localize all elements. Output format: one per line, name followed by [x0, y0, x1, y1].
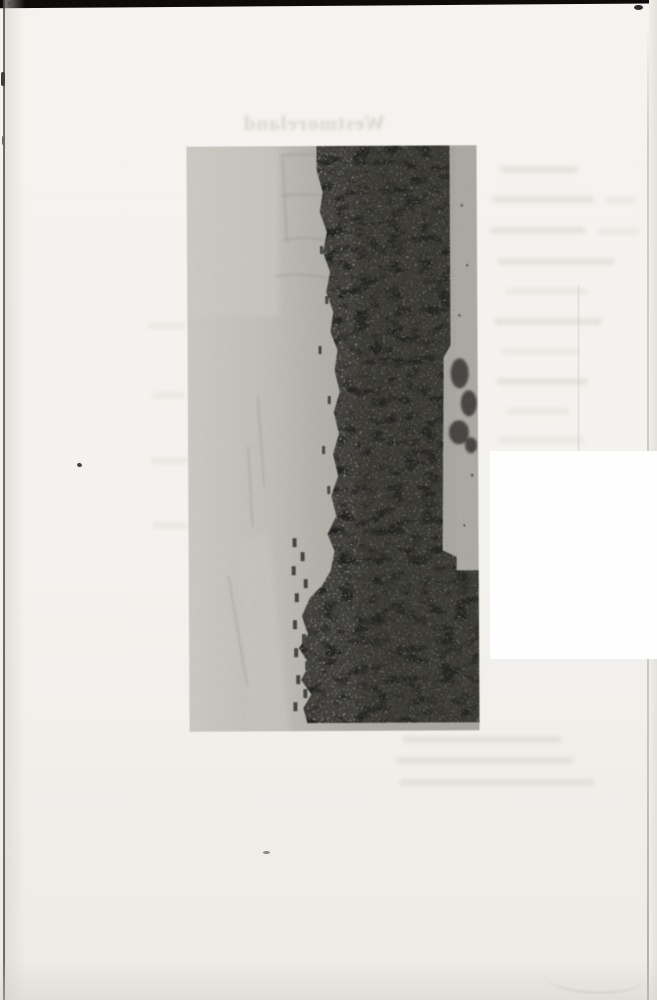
bleedthrough-line — [490, 227, 586, 234]
edge-nick — [1, 72, 5, 86]
ink-speck — [263, 851, 270, 854]
bleedthrough-line — [505, 288, 589, 295]
bleedthrough-line — [150, 457, 190, 464]
bleedthrough-rule — [578, 286, 579, 456]
bleedthrough-line — [148, 322, 186, 329]
bleedthrough-heading: Westmoreland — [228, 111, 400, 136]
bleedthrough-line — [502, 348, 578, 355]
bleedthrough-line — [399, 779, 595, 786]
ink-speck — [634, 5, 643, 10]
bleedthrough-line — [606, 197, 636, 204]
left-margin-shade — [5, 0, 25, 1000]
scanned-book-page: Westmoreland — [0, 0, 657, 1000]
bleedthrough-line — [497, 258, 615, 265]
bleedthrough-line — [492, 196, 594, 203]
scan-edge-left — [3, 0, 5, 1000]
crowd-photograph — [186, 145, 479, 732]
ink-speck — [76, 462, 82, 467]
scan-edge-top — [0, 0, 657, 9]
bleedthrough-line — [598, 228, 640, 235]
bleedthrough-line — [152, 392, 186, 399]
bleedthrough-line — [153, 522, 189, 529]
bleedthrough-line — [497, 437, 585, 444]
ink-speck — [8, 2, 12, 5]
bleedthrough-line — [396, 757, 574, 764]
bleedthrough-line — [506, 408, 570, 415]
bleedthrough-line — [494, 318, 602, 325]
edge-nick — [2, 136, 5, 145]
photo-grain — [186, 145, 479, 732]
bleedthrough-line — [496, 378, 588, 385]
bleedthrough-line — [402, 736, 562, 743]
white-patch — [490, 451, 657, 659]
bleedthrough-line — [500, 166, 578, 173]
